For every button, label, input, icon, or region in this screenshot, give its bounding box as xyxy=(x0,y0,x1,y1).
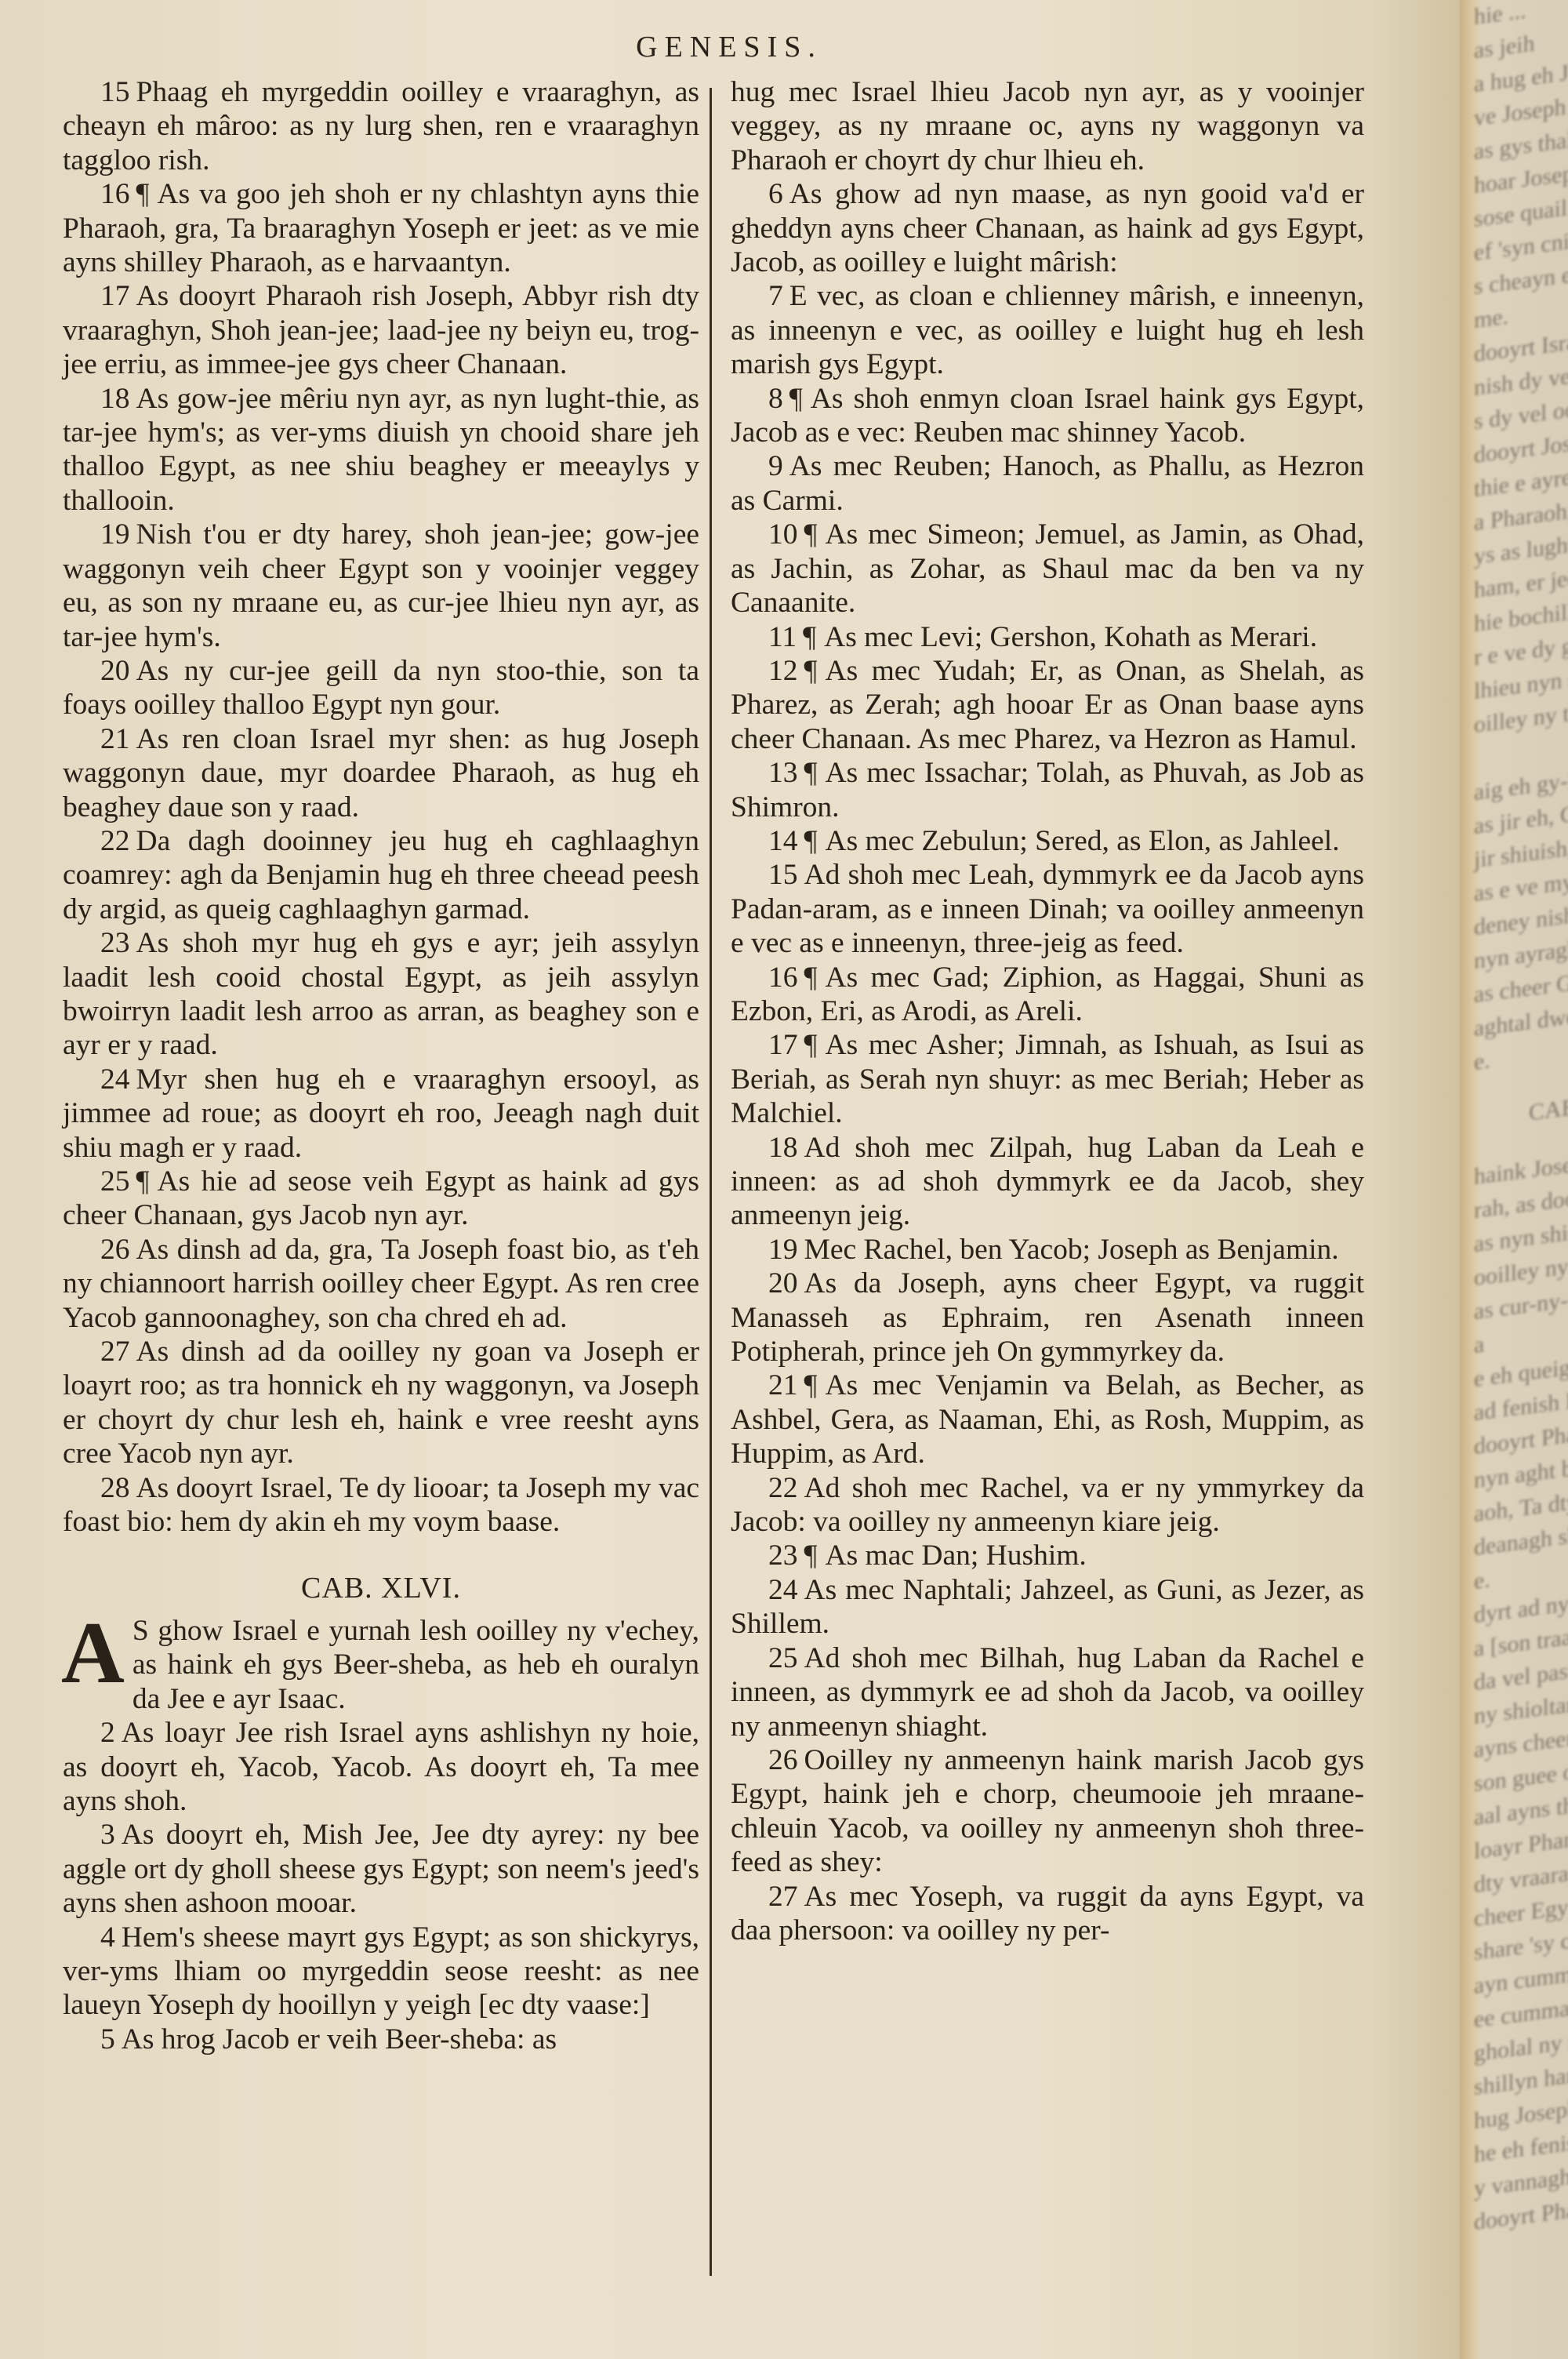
pilcrow-mark: ¶ xyxy=(804,825,818,857)
verse: 25¶As hie ad seose veih Egypt as haink a… xyxy=(63,1165,699,1233)
verse: 20As da Joseph, ayns cheer Egypt, va rug… xyxy=(731,1267,1364,1369)
verse: 19Nish t'ou er dty harey, shoh jean-jee;… xyxy=(63,518,699,654)
verse: 12¶As mec Yudah; Er, as Onan, as Shelah,… xyxy=(731,654,1364,756)
verse-number: 27 xyxy=(768,1881,798,1913)
verse-text: As hrog Jacob er veih Beer-sheba: as xyxy=(122,2023,557,2055)
verse-text: As ghow ad nyn maase, as nyn gooid va'd … xyxy=(731,178,1364,278)
verse-text: As mec Venjamin va Belah, as Becher, as … xyxy=(731,1369,1364,1470)
verse-number: 15 xyxy=(768,859,798,891)
verse: 16¶As va goo jeh shoh er ny chlashtyn ay… xyxy=(63,177,699,279)
verse-text: As mec Levi; Gershon, Kohath as Merari. xyxy=(824,621,1317,653)
verse-number: 25 xyxy=(768,1642,798,1674)
verse: 23As shoh myr hug eh gys e ayr; jeih ass… xyxy=(63,926,699,1063)
next-page-ghost-text: hie ...as jeiha hug eh Judah roishve Jos… xyxy=(1474,0,1568,2239)
verse-number: 17 xyxy=(100,280,130,312)
verse-text: As shoh myr hug eh gys e ayr; jeih assyl… xyxy=(63,927,699,1061)
verse-number: 21 xyxy=(768,1369,798,1401)
verse: 13¶As mec Issachar; Tolah, as Phuvah, as… xyxy=(731,756,1364,824)
verse: 15Phaag eh myrgeddin ooilley e vraaraghy… xyxy=(63,75,699,177)
verse: 14¶As mec Zebulun; Sered, as Elon, as Ja… xyxy=(731,824,1364,858)
verse-number: 13 xyxy=(768,757,798,789)
verse-text: As dooyrt Pharaoh rish Joseph, Abbyr ris… xyxy=(63,280,699,380)
verse-text: As dooyrt Israel, Te dy liooar; ta Josep… xyxy=(63,1472,699,1538)
verse-number: 21 xyxy=(100,723,130,755)
verse: 27As dinsh ad da ooilley ny goan va Jose… xyxy=(63,1335,699,1471)
verse-number: 20 xyxy=(100,655,130,687)
verse-number: 16 xyxy=(100,178,130,210)
verse-text: As mec Zebulun; Sered, as Elon, as Jahle… xyxy=(826,825,1340,857)
verse-text: Mec Rachel, ben Yacob; Joseph as Benjami… xyxy=(804,1234,1339,1266)
verse-text: As mac Dan; Hushim. xyxy=(826,1539,1087,1572)
right-column: hug mec Israel lhieu Jacob nyn ayr, as y… xyxy=(731,75,1364,1947)
verse-text: As mec Asher; Jimnah, as Ishuah, as Isui… xyxy=(731,1029,1364,1129)
verse: 10¶As mec Simeon; Jemuel, as Jamin, as O… xyxy=(731,518,1364,620)
verse-number: 23 xyxy=(100,927,130,959)
verse-number: 4 xyxy=(100,1921,115,1954)
verse-number: 26 xyxy=(100,1234,130,1266)
verse-number: 15 xyxy=(100,76,130,108)
book-page: GENESIS. 15Phaag eh myrgeddin ooilley e … xyxy=(0,0,1474,2359)
verse-text: Ad shoh mec Zilpah, hug Laban da Leah e … xyxy=(731,1132,1364,1232)
verse-number: 11 xyxy=(768,621,797,653)
verse: 21As ren cloan Israel myr shen: as hug J… xyxy=(63,722,699,824)
verse: 5As hrog Jacob er veih Beer-sheba: as xyxy=(63,2023,699,2056)
verse-number: 28 xyxy=(100,1472,130,1504)
verse-text: As dinsh ad da ooilley ny goan va Joseph… xyxy=(63,1336,699,1470)
verse: 26As dinsh ad da, gra, Ta Joseph foast b… xyxy=(63,1233,699,1335)
verse: 3As dooyrt eh, Mish Jee, Jee dty ayrey: … xyxy=(63,1818,699,1920)
pilcrow-mark: ¶ xyxy=(789,383,803,415)
verse: 7E vec, as cloan e chlienney mârish, e i… xyxy=(731,279,1364,381)
verse: 9As mec Reuben; Hanoch, as Phallu, as He… xyxy=(731,449,1364,518)
verse-number: 18 xyxy=(768,1132,798,1164)
chapter-opening-verse: AS ghow Israel e yurnah lesh ooilley ny … xyxy=(63,1614,699,1716)
verse-number: 17 xyxy=(768,1029,798,1061)
verse-text: Hem's sheese mayrt gys Egypt; as son shi… xyxy=(63,1921,699,2022)
verse: 17¶As mec Asher; Jimnah, as Ishuah, as I… xyxy=(731,1028,1364,1130)
pilcrow-mark: ¶ xyxy=(136,178,150,210)
verse-number: 10 xyxy=(768,518,798,551)
column-divider-rule xyxy=(710,88,712,2276)
verse-number: 23 xyxy=(768,1539,798,1572)
verse-text: Myr shen hug eh e vraaraghyn ersooyl, as… xyxy=(63,1063,699,1164)
verse-text: As hie ad seose veih Egypt as haink ad g… xyxy=(63,1165,699,1231)
verse-number: 9 xyxy=(768,450,783,482)
verse-number: 3 xyxy=(100,1819,115,1851)
pilcrow-mark: ¶ xyxy=(804,1539,818,1572)
verse-text: As ren cloan Israel myr shen: as hug Jos… xyxy=(63,723,699,823)
verse-continuation: hug mec Israel lhieu Jacob nyn ayr, as y… xyxy=(731,75,1364,177)
verse-text: As mec Simeon; Jemuel, as Jamin, as Ohad… xyxy=(731,518,1364,619)
drop-cap: A xyxy=(61,1619,125,1688)
verse-number: 12 xyxy=(768,655,798,687)
verse: 15Ad shoh mec Leah, dymmyrk ee da Jacob … xyxy=(731,858,1364,960)
left-column: 15Phaag eh myrgeddin ooilley e vraaraghy… xyxy=(63,75,699,2056)
pilcrow-mark: ¶ xyxy=(804,961,818,994)
pilcrow-mark: ¶ xyxy=(136,1165,150,1198)
verse: 11¶As mec Levi; Gershon, Kohath as Merar… xyxy=(731,620,1364,654)
pilcrow-mark: ¶ xyxy=(803,621,816,653)
pilcrow-mark: ¶ xyxy=(804,1369,818,1401)
pilcrow-mark: ¶ xyxy=(804,655,818,687)
verse-number: 22 xyxy=(768,1472,798,1504)
verse: 22Da dagh dooinney jeu hug eh caghlaaghy… xyxy=(63,824,699,926)
verse: 18As gow-jee mêriu nyn ayr, as nyn lught… xyxy=(63,382,699,518)
verse-text: As mec Yoseph, va ruggit da ayns Egypt, … xyxy=(731,1881,1364,1946)
verse-text: S ghow Israel e yurnah lesh ooilley ny v… xyxy=(132,1615,699,1715)
verse-text: Da dagh dooinney jeu hug eh caghlaaghyn … xyxy=(63,825,699,925)
verse-number: 27 xyxy=(100,1336,130,1368)
verse-number: 19 xyxy=(768,1234,798,1266)
verse-text: E vec, as cloan e chlienney mârish, e in… xyxy=(731,280,1364,380)
verse: 18Ad shoh mec Zilpah, hug Laban da Leah … xyxy=(731,1131,1364,1233)
verse: 16¶As mec Gad; Ziphion, as Haggai, Shuni… xyxy=(731,961,1364,1029)
running-head: GENESIS. xyxy=(0,30,1458,64)
pilcrow-mark: ¶ xyxy=(804,1029,818,1061)
verse-text: As shoh enmyn cloan Israel haink gys Egy… xyxy=(731,383,1364,449)
verse: 26Ooilley ny anmeenyn haink marish Jacob… xyxy=(731,1743,1364,1880)
verse: 4Hem's sheese mayrt gys Egypt; as son sh… xyxy=(63,1921,699,2023)
verse: 25Ad shoh mec Bilhah, hug Laban da Rache… xyxy=(731,1641,1364,1743)
verse-number: 8 xyxy=(768,383,783,415)
verse: 24As mec Naphtali; Jahzeel, as Guni, as … xyxy=(731,1573,1364,1641)
verse: 8¶As shoh enmyn cloan Israel haink gys E… xyxy=(731,382,1364,450)
verse: 23¶As mac Dan; Hushim. xyxy=(731,1539,1364,1572)
verse: 24Myr shen hug eh e vraaraghyn ersooyl, … xyxy=(63,1063,699,1165)
verse: 19Mec Rachel, ben Yacob; Joseph as Benja… xyxy=(731,1233,1364,1267)
verse-text: Ad shoh mec Bilhah, hug Laban da Rachel … xyxy=(731,1642,1364,1743)
verse: 17As dooyrt Pharaoh rish Joseph, Abbyr r… xyxy=(63,279,699,381)
pilcrow-mark: ¶ xyxy=(804,757,818,789)
verse-text: As dooyrt eh, Mish Jee, Jee dty ayrey: n… xyxy=(63,1819,699,1919)
verse-text: Ooilley ny anmeenyn haink marish Jacob g… xyxy=(731,1744,1364,1878)
verse-number: 24 xyxy=(768,1574,798,1606)
verse-text: As dinsh ad da, gra, Ta Joseph foast bio… xyxy=(63,1234,699,1334)
verse: 22Ad shoh mec Rachel, va er ny ymmyrkey … xyxy=(731,1471,1364,1539)
verse-number: 22 xyxy=(100,825,130,857)
verse-text: Nish t'ou er dty harey, shoh jean-jee; g… xyxy=(63,518,699,652)
verse-number: 5 xyxy=(100,2023,115,2055)
verse: 20As ny cur-jee geill da nyn stoo-thie, … xyxy=(63,654,699,722)
verse-number: 20 xyxy=(768,1267,798,1299)
verse: 6As ghow ad nyn maase, as nyn gooid va'd… xyxy=(731,177,1364,279)
verse-text: As mec Issachar; Tolah, as Phuvah, as Jo… xyxy=(731,757,1364,823)
verse-text: As ny cur-jee geill da nyn stoo-thie, so… xyxy=(63,655,699,721)
verse-number: 24 xyxy=(100,1063,130,1096)
verse-number: 19 xyxy=(100,518,130,551)
verse-number: 26 xyxy=(768,1744,798,1776)
verse: 28As dooyrt Israel, Te dy liooar; ta Jos… xyxy=(63,1471,699,1539)
verse-text: As loayr Jee rish Israel ayns ashlishyn … xyxy=(63,1717,699,1817)
verse: 27As mec Yoseph, va ruggit da ayns Egypt… xyxy=(731,1880,1364,1948)
verse-text: Ad shoh mec Leah, dymmyrk ee da Jacob ay… xyxy=(731,859,1364,959)
verse: 21¶As mec Venjamin va Belah, as Becher, … xyxy=(731,1369,1364,1470)
verse-text: As da Joseph, ayns cheer Egypt, va ruggi… xyxy=(731,1267,1364,1368)
verse-number: 16 xyxy=(768,961,798,994)
verse-text: Phaag eh myrgeddin ooilley e vraaraghyn,… xyxy=(63,76,699,176)
ghost-line: CAB. XLVII. xyxy=(1474,1078,1568,1136)
chapter-heading: CAB. XLVI. xyxy=(63,1572,699,1605)
verse-text: As mec Reuben; Hanoch, as Phallu, as Hez… xyxy=(731,450,1364,516)
verse-text: As mec Gad; Ziphion, as Haggai, Shuni as… xyxy=(731,961,1364,1027)
verse-text: As gow-jee mêriu nyn ayr, as nyn lught-t… xyxy=(63,383,699,517)
verse-text: As mec Naphtali; Jahzeel, as Guni, as Je… xyxy=(731,1574,1364,1640)
verse-number: 14 xyxy=(768,825,798,857)
pilcrow-mark: ¶ xyxy=(804,518,818,551)
verse-text: Ad shoh mec Rachel, va er ny ymmyrkey da… xyxy=(731,1472,1364,1538)
verse-number: 25 xyxy=(100,1165,130,1198)
verse-number: 6 xyxy=(768,178,783,210)
verse-number: 18 xyxy=(100,383,130,415)
verse-text: As va goo jeh shoh er ny chlashtyn ayns … xyxy=(63,178,699,278)
verse-number: 7 xyxy=(768,280,783,312)
verse-text: As mec Yudah; Er, as Onan, as Shelah, as… xyxy=(731,655,1364,755)
verse: 2As loayr Jee rish Israel ayns ashlishyn… xyxy=(63,1716,699,1818)
verse-number: 2 xyxy=(100,1717,115,1749)
next-page-edge: hie ...as jeiha hug eh Judah roishve Jos… xyxy=(1460,0,1568,2359)
